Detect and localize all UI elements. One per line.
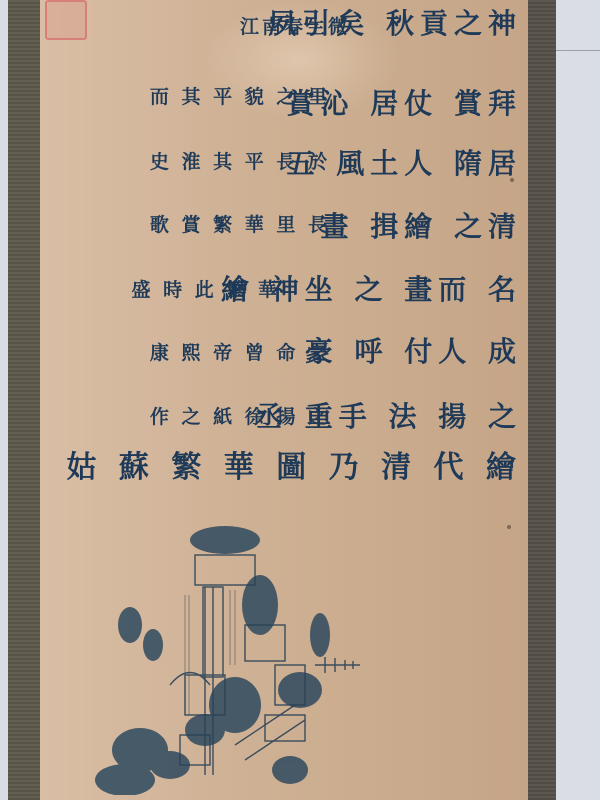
calligraphy-row-6: 豪 呼 付人 成 — [305, 330, 522, 370]
ink-landscape-painting — [85, 515, 385, 795]
calligraphy-row-7b: 作 之 紙 徐 揚 之 — [150, 402, 330, 429]
calligraphy-row-6b: 康 熙 帝 曾 命 之 — [150, 338, 330, 365]
paper-stain — [510, 178, 514, 182]
scroll-right-border — [528, 0, 556, 800]
calligraphy-row-2b: 而 其 平 貌 之 里 — [150, 82, 330, 109]
calligraphy-row-3b: 史 淮 其 平 長 於 — [150, 147, 330, 174]
red-seal-stamp — [45, 0, 87, 40]
paper-stain — [507, 525, 511, 529]
calligraphy-title-row: 姑 蘇 繁 華 圖 乃 清 代 繪 — [66, 442, 522, 486]
calligraphy-row-5b: 盛 時 此 繁 華 — [132, 275, 280, 302]
wall-strip-left — [0, 0, 8, 800]
wall-edge-line — [555, 50, 600, 51]
calligraphy-row-4b: 歌 賞 繁 華 里 長 — [150, 210, 330, 237]
calligraphy-row-sig: 江南春生微 — [240, 12, 350, 39]
calligraphy-block: 夙引矣 秋貢之神 江南春生微 賞沁 居仗 賞拜 而 其 平 貌 之 里 五 風土… — [110, 0, 530, 480]
calligraphy-row-4: 畫 揖繪 之清 — [321, 205, 523, 245]
